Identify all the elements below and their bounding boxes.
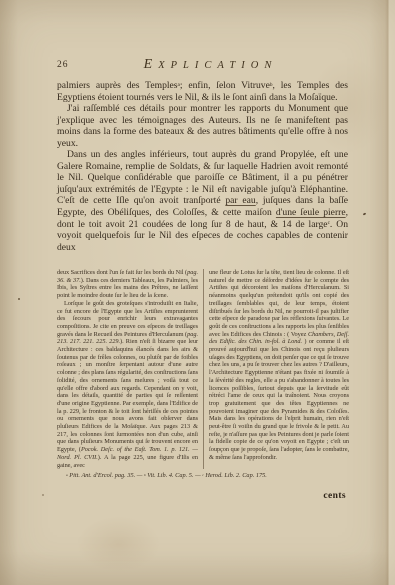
running-header: EXPLICATION [57,57,348,73]
footnote-right-column: une fleur de Lotus ſur la tête, tient li… [203,269,349,469]
paragraph: palmiers auprès des Templesa; enfin, ſel… [57,80,348,103]
paper-speck [42,494,44,496]
catchword: cents [323,491,346,501]
citation-line: a Pitt. Ant. d'Ercol. pag. 35. — b Vit. … [57,472,349,480]
paragraph: deux Sacrifices dont l'un ſe fait ſur le… [57,269,198,300]
paragraph: Dans un des angles inférieurs, tout aupr… [57,149,348,253]
footnote-left-column: deux Sacrifices dont l'un ſe fait ſur le… [57,269,203,469]
paper-speck [18,298,20,300]
bottom-matter: deux Sacrifices dont l'un ſe fait ſur le… [57,269,349,503]
paragraph: une fleur de Lotus ſur la tête, tient li… [209,269,349,462]
paragraph: a Pitt. Ant. d'Ercol. pag. 35. — b Vit. … [66,472,349,480]
scanned-book-page: { "page": { "number": "26", "running_hea… [0,0,395,585]
main-text: palmiers auprès des Templesa; enfin, ſel… [57,80,348,253]
paragraph: J'ai raſſemblé ces détails pour montrer … [57,103,348,149]
catchword-row: cents [57,485,349,503]
footnote-block: deux Sacrifices dont l'un ſe fait ſur le… [57,269,349,469]
paragraph: Lorſque le goût des groteſques s'introdu… [57,300,198,469]
